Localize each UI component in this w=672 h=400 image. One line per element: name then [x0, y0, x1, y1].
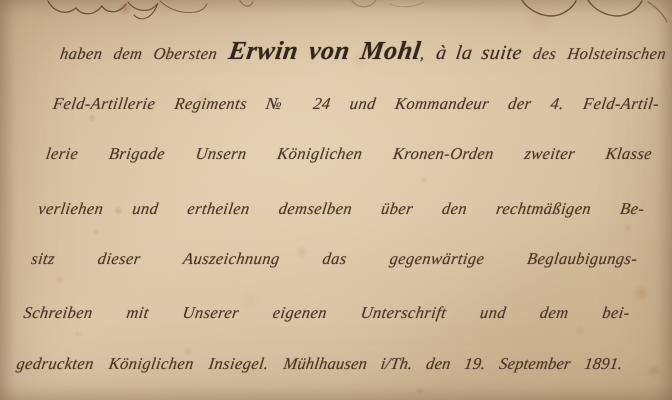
place-and-date: Mühlhausen i/Th. den 19. September 1891.	[282, 354, 624, 373]
manuscript-line-6: Schreiben mit Unserer eigenen Unterschri…	[22, 303, 631, 323]
recipient-name: Erwin von Mohl	[227, 36, 423, 65]
manuscript: haben dem Obersten Erwin von Mohl, à la …	[12, 0, 672, 400]
manuscript-text: Feld-Artillerie Regiments № 24 und Komma…	[52, 94, 661, 113]
manuscript-text: haben dem Obersten	[59, 44, 230, 63]
manuscript-line-7: gedruckten Königlichen Insiegel. Mühlhau…	[15, 354, 624, 374]
manuscript-line-2: Feld-Artillerie Regiments № 24 und Komma…	[52, 94, 661, 114]
manuscript-line-4: verliehen und ertheilen demselben über d…	[37, 199, 646, 219]
manuscript-text: sitz dieser Auszeichnung das gegenwärtig…	[30, 249, 639, 268]
manuscript-line-3: lerie Brigade Unsern Königlichen Kronen-…	[45, 144, 654, 164]
manuscript-text: des Holsteinschen	[521, 44, 668, 63]
manuscript-line-5: sitz dieser Auszeichnung das gegenwärtig…	[30, 249, 639, 269]
manuscript-line-1: haben dem Obersten Erwin von Mohl, à la …	[58, 36, 668, 66]
manuscript-text: à la suite	[435, 42, 524, 64]
manuscript-text: lerie Brigade Unsern Königlichen Kronen-…	[45, 144, 654, 163]
manuscript-text: verliehen und ertheilen demselben über d…	[37, 199, 646, 218]
manuscript-text: Schreiben mit Unserer eigenen Unterschri…	[22, 303, 631, 322]
paper-sheet: haben dem Obersten Erwin von Mohl, à la …	[0, 0, 672, 400]
manuscript-text: gedruckten Königlichen Insiegel.	[15, 354, 285, 373]
